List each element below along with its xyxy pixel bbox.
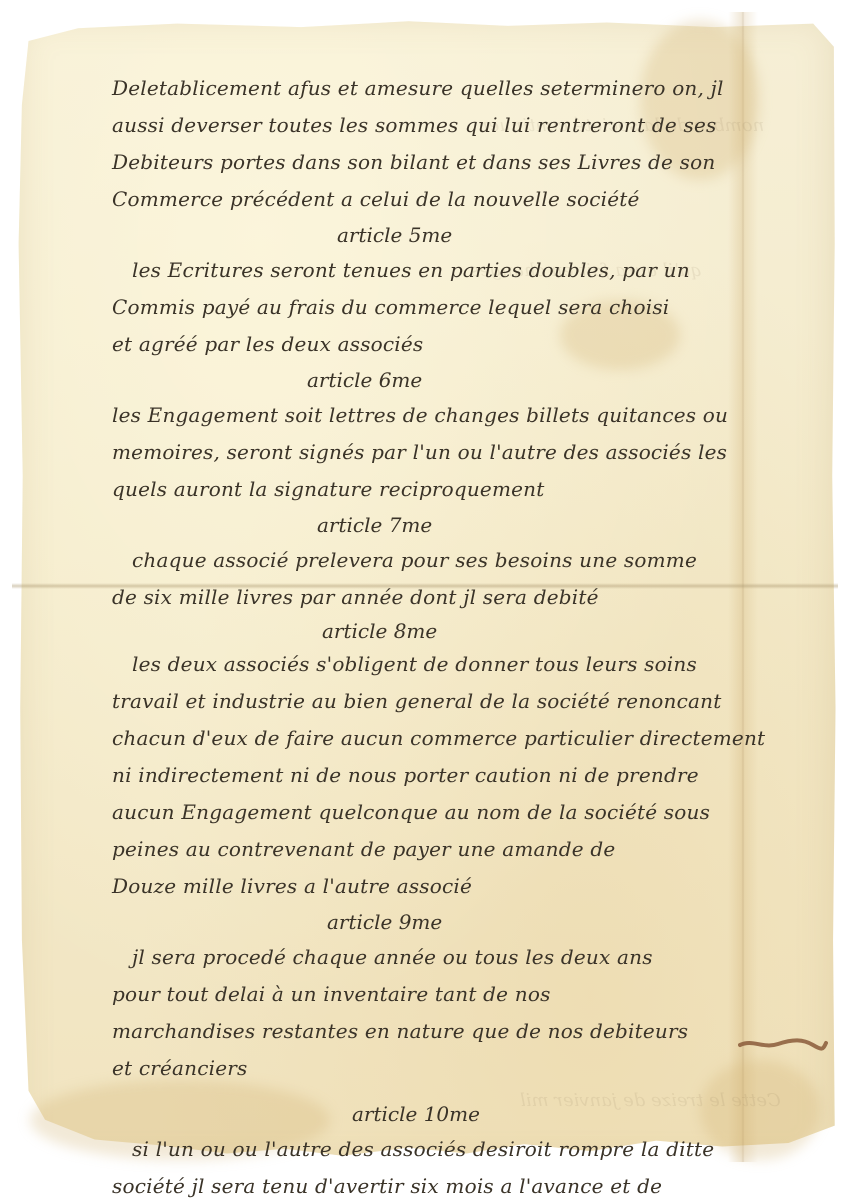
text-line: les deux associés s'obligent de donner t… [112,646,762,683]
text-line: quels auront la signature reciproquement [112,471,762,508]
text-line: les Engagement soit lettres de changes b… [112,397,762,434]
article-heading: article 5me [112,218,762,252]
article-heading: article 7me [112,508,762,542]
text-line: si l'un ou ou l'autre des associés desir… [112,1131,762,1168]
article-heading: article 9me [112,905,762,939]
article-8: article 8me les deux associés s'obligent… [112,616,762,905]
text-line: jl sera procedé chaque année ou tous les… [112,939,762,976]
text-line: aucun Engagement quelconque au nom de la… [112,794,762,831]
text-line: chaque associé prelevera pour ses besoin… [112,542,762,579]
text-line: marchandises restantes en nature que de … [112,1013,762,1050]
text-line: memoires, seront signés par l'un ou l'au… [112,434,762,471]
text-line: de six mille livres par année dont jl se… [112,579,762,616]
text-line: ni indirectement ni de nous porter cauti… [112,757,762,794]
article-5: article 5me les Ecritures seront tenues … [112,218,762,363]
text-line: et créanciers [112,1050,762,1087]
text-line: Debiteurs portes dans son bilant et dans… [112,144,762,181]
article-heading: article 6me [112,363,762,397]
text-line: Commerce précédent a celui de la nouvell… [112,181,762,218]
article-10: article 10me si l'un ou ou l'autre des a… [112,1097,762,1200]
text-line: les Ecritures seront tenues en parties d… [112,252,762,289]
text-line: chacun d'eux de faire aucun commerce par… [112,720,762,757]
article-9: article 9me jl sera procedé chaque année… [112,905,762,1087]
text-line: Deletablicement afus et amesure quelles … [112,70,762,107]
text-line: et agréé par les deux associés [112,326,762,363]
text-line: aussi deverser toutes les sommes qui lui… [112,107,762,144]
text-line: Douze mille livres a l'autre associé [112,868,762,905]
text-line: société jl sera tenu d'avertir six mois … [112,1168,762,1200]
continuation-paragraph: Deletablicement afus et amesure quelles … [112,70,762,218]
manuscript-text: Deletablicement afus et amesure quelles … [112,70,762,1200]
text-line: travail et industrie au bien general de … [112,683,762,720]
text-line: pour tout delai à un inventaire tant de … [112,976,762,1013]
article-6: article 6me les Engagement soit lettres … [112,363,762,508]
article-7: article 7me chaque associé prelevera pou… [112,508,762,616]
text-line: peines au contrevenant de payer une aman… [112,831,762,868]
article-heading: article 10me [112,1097,762,1131]
text-line: Commis payé au frais du commerce lequel … [112,289,762,326]
article-heading: article 8me [112,616,762,646]
